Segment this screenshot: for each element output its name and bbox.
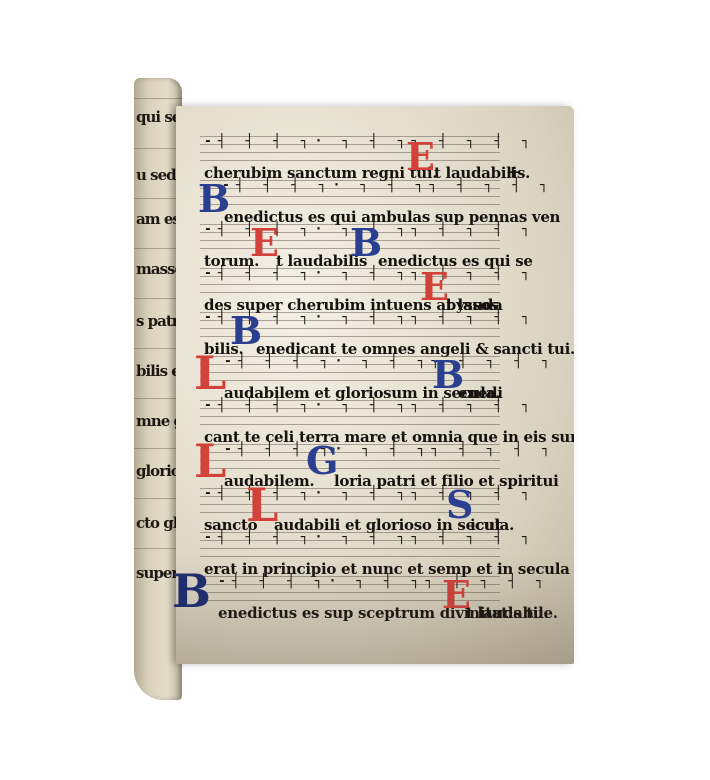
neume-row: -┤ ┤ ┤ ┐· ┐ ┤ ┐┐ ┤ ┐ ┤ ┐ — [224, 354, 556, 369]
staff-line — [134, 198, 182, 199]
lyric-line: t laudabil. — [466, 604, 549, 622]
staff-line — [134, 298, 182, 299]
music-system: -┤ ┤ ┤ ┐· ┐ ┤ ┐┐ ┤ ┐ ┤ ┐ sancto L audabi… — [200, 486, 500, 534]
red-initial-L: L — [194, 438, 226, 484]
neume-row: -┤ ┤ ┤ ┐· ┐ ┤ ┐┐ ┤ ┐ ┤ ┐ — [204, 134, 536, 149]
red-initial-E: E — [420, 268, 449, 306]
neume-row: -┤ ┤ ┤ ┐· ┐ ┤ ┐┐ ┤ ┐ ┤ ┐ — [204, 398, 536, 413]
neume-row: -┤ ┤ ┤ ┐· ┐ ┤ ┐┐ ┤ ┐ ┤ ┐ — [224, 442, 556, 457]
staff-line — [134, 448, 182, 449]
neume-row: -┤ ┤ ┤ ┐· ┐ ┤ ┐┐ ┤ ┐ ┤ ┐ — [204, 530, 536, 545]
music-system: -┤ ┤ ┤ ┐· ┐ ┤ ┐┐ ┤ ┐ ┤ ┐ bilis. B enedic… — [200, 310, 500, 358]
staff-line — [134, 498, 182, 499]
music-system: -┤ ┤ ┤ ┐· ┐ ┤ ┐┐ ┤ ┐ ┤ ┐ B enedictus es … — [200, 178, 500, 226]
staff-line — [134, 398, 182, 399]
music-system: -┤ ┤ ┤ ┐· ┐ ┤ ┐┐ ┤ ┐ ┤ ┐ cant te celi te… — [200, 398, 500, 446]
red-initial-L: L — [194, 350, 226, 396]
music-system: -┤ ┤ ┤ ┐· ┐ ┤ ┐┐ ┤ ┐ ┤ ┐ erat in princip… — [200, 530, 500, 578]
music-system: -┤ ┤ ┤ ┐· ┐ ┤ ┐┐ ┤ ┐ ┤ ┐ des super cheru… — [200, 266, 500, 314]
staff-line — [134, 548, 182, 549]
music-system: -┤ ┤ ┤ ┐· ┐ ┤ ┐┐ ┤ ┐ ┤ ┐ cherubim sanctu… — [200, 134, 500, 182]
music-system: -┤ ┤ ┤ ┐· ┐ ┤ ┐┐ ┤ ┐ ┤ ┐ L audabilem et … — [200, 354, 500, 402]
staff-line — [134, 248, 182, 249]
recto-page: -┤ ┤ ┤ ┐· ┐ ┤ ┐┐ ┤ ┐ ┤ ┐ cherubim sanctu… — [176, 106, 574, 664]
neume-row: -┤ ┤ ┤ ┐· ┐ ┤ ┐┐ ┤ ┐ ┤ ┐ — [222, 178, 554, 193]
staff-line — [134, 148, 182, 149]
neume-row: -┤ ┤ ┤ ┐· ┐ ┤ ┐┐ ┤ ┐ ┤ ┐ — [218, 574, 550, 589]
blue-initial-B-gutter: B — [172, 568, 211, 614]
music-system: -┤ ┤ ┤ ┐· ┐ ┤ ┐┐ ┤ ┐ ┤ ┐ torum. E t laud… — [200, 222, 500, 270]
neume-row: -┤ ┤ ┤ ┐· ┐ ┤ ┐┐ ┤ ┐ ┤ ┐ — [204, 266, 536, 281]
staff-line — [134, 98, 182, 99]
music-system: -┤ ┤ ┤ ┐· ┐ ┤ ┐┐ ┤ ┐ ┤ ┐ enedictus es su… — [200, 574, 500, 622]
red-initial-E: E — [250, 224, 279, 262]
staff-line — [134, 348, 182, 349]
red-initial-E: E — [406, 138, 435, 176]
